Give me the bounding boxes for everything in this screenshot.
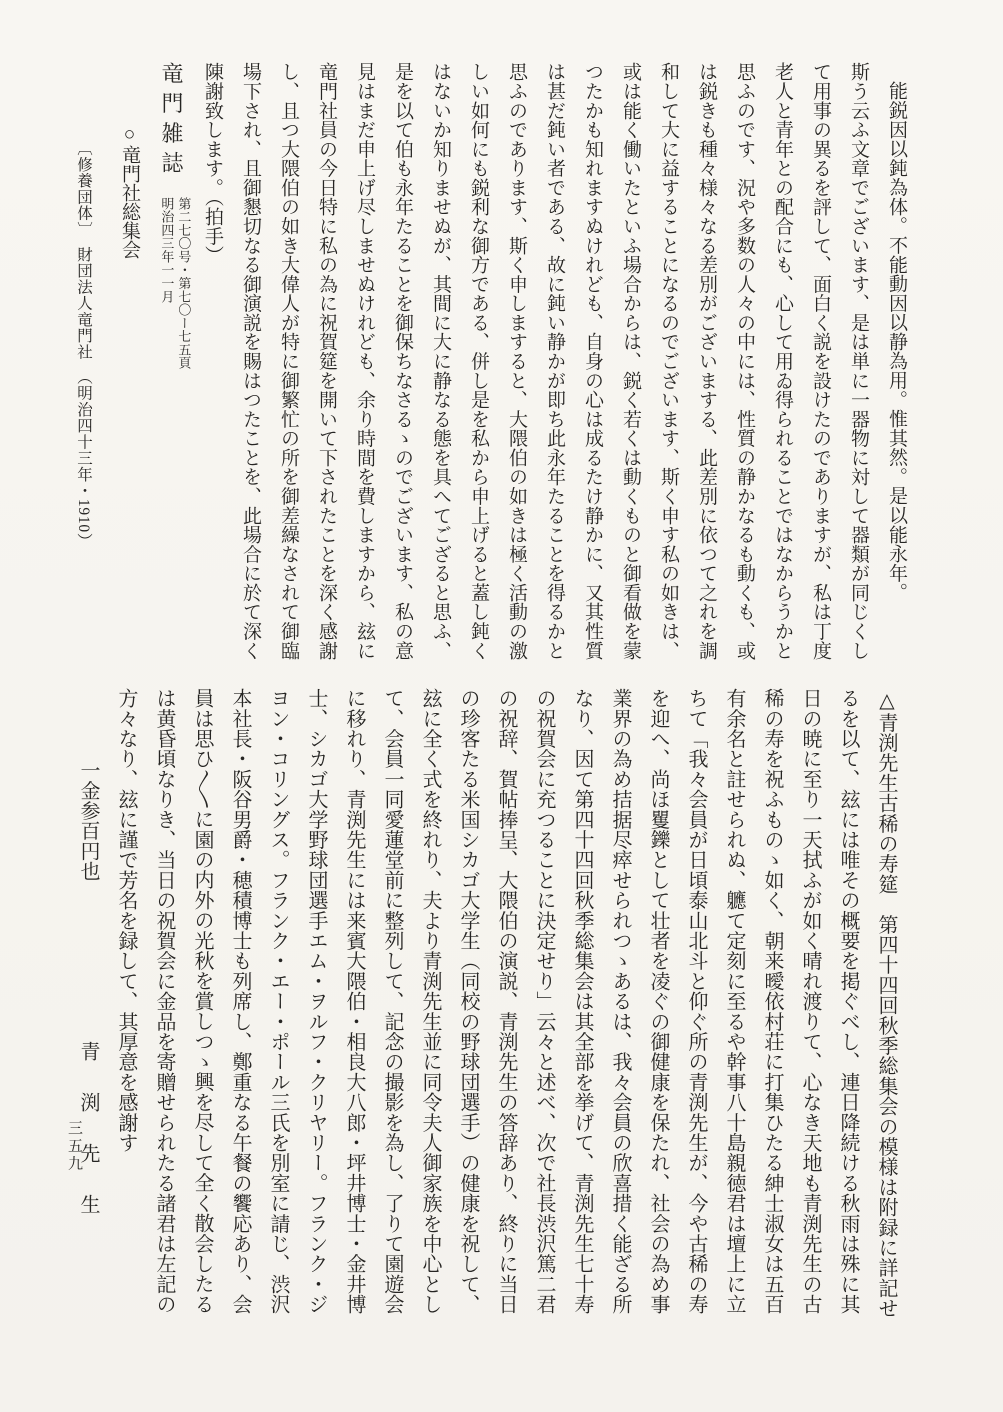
- speech-line: し、且つ大隈伯の如き大偉人が特に御繁忙の所を御差繰なされて御臨: [269, 62, 307, 680]
- document-page: 能鋭因以鈍為体。不能動因以静為用。惟其然。是以能永年。 斯う云ふ文章でございます…: [0, 0, 1003, 1412]
- speech-line: は鋭きも種々様々なる差別がございまする、此差別に依つて之れを調: [687, 62, 725, 680]
- issue-annotation: 第二七〇号・第七〇ー七五頁明治四三年一一月: [158, 197, 192, 369]
- report-line: ちて「我々会員が日頃泰山北斗と仰ぐ所の青渕先生が、今や古稀の寿: [677, 688, 715, 1348]
- speech-line: はないか知りませぬが、其間に大に静なる態を具へてござると思ふ、: [421, 62, 459, 680]
- donation-amount: 一金参百円也: [77, 760, 99, 881]
- publisher-info: 〔修養団体〕 財団法人竜門社 （明治四十三年・1910）: [58, 62, 108, 682]
- page-number: 三五九: [64, 1120, 85, 1173]
- journal-title-column: 竜門雑誌第二七〇号・第七〇ー七五頁明治四三年一一月: [150, 62, 192, 682]
- report-line: 員は思ひ〳〵に園の内外の光秋を賞しつゝ興を尽して全く散会したる: [183, 688, 221, 1348]
- report-line: の祝辞、賀帖捧呈、大隈伯の演説、青渕先生の答辞あり、終りに当日: [487, 688, 525, 1348]
- speech-line: 見はまだ申上げ尽しませぬけれども、余り時間を費しますから、玆に: [345, 62, 383, 680]
- report-line: 稀の寿を祝ふものゝ如く、朝来曖依村荘に打集ひたる紳士淑女は五百: [753, 688, 791, 1348]
- speech-line: 陳謝致します。（拍手）: [193, 62, 231, 680]
- speech-line: 或は能く働いたといふ場合からは、鋭く若くは動くものと御看做を蒙: [611, 62, 649, 680]
- publication-date: 明治四三年一一月: [158, 197, 175, 369]
- speech-line: は甚だ鈍い者である、故に鈍い静かが即ち此永年たることを得るかと: [535, 62, 573, 680]
- speech-line: しい如何にも鋭利な御方である、併し是を私から申上げると蓋し鈍く: [459, 62, 497, 680]
- report-line: 有余名と註せられぬ、軈て定刻に至るや幹事八十島親徳君は壇上に立: [715, 688, 753, 1348]
- speech-line: 斯う云ふ文章でございます、是は単に一器物に対して器類が同じくし: [839, 62, 877, 680]
- report-line: 方々なり、玆に謹で芳名を録して、其厚意を感謝す: [107, 688, 145, 1348]
- report-line: に移れり、青渕先生には来賓大隈伯・相良大八郎・坪井博士・金井博: [335, 688, 373, 1348]
- speech-line: 思ふのです、況や多数の人々の中には、性質の静かなるも動くも、或: [725, 62, 763, 680]
- speech-line: 能鋭因以鈍為体。不能動因以静為用。惟其然。是以能永年。: [877, 62, 915, 680]
- report-line: を迎へ、尚ほ矍鑠として壮者を凌ぐの御健康を保たれ、社会の為め事: [639, 688, 677, 1348]
- speech-line: 場下され、且御懇切なる御演説を賜はつたことを、此場合に於て深く: [231, 62, 269, 680]
- speech-line: 是を以て伯も永年たることを御保ちなさるゝのでございます、私の意: [383, 62, 421, 680]
- report-section: △青渕先生古稀の寿筵 第四十四回秋季総集会の模様は附録に詳記せ るを以て、玆には…: [69, 688, 905, 1348]
- report-line: て、会員一同愛蓮堂前に整列して、記念の撮影を為し、了りて園遊会: [373, 688, 411, 1348]
- report-line: ヨン・コリングス。フランク・エー・ポール三氏を別室に請じ、渋沢: [259, 688, 297, 1348]
- citation-block: 竜門雑誌第二七〇号・第七〇ー七五頁明治四三年一一月 ○竜門社総集会 〔修養団体〕…: [58, 62, 192, 682]
- speech-line: 和して大に益することになるのでございます、斯く申す私の如きは、: [649, 62, 687, 680]
- donation-column: 一金参百円也青渕先生: [69, 688, 107, 1348]
- section-heading: ○竜門社総集会: [108, 62, 150, 682]
- report-line: なり、因て第四十四回秋季総集会は其全部を挙げて、青渕先生七十寿: [563, 688, 601, 1348]
- report-line: △青渕先生古稀の寿筵 第四十四回秋季総集会の模様は附録に詳記せ: [867, 688, 905, 1348]
- report-line: 業界の為め拮据尽瘁せられつゝあるは、我々会員の欣喜措く能ざる所: [601, 688, 639, 1348]
- report-line: の珍客たる米国シカゴ大学生（同校の野球団選手）の健康を祝して、: [449, 688, 487, 1348]
- speech-section: 能鋭因以鈍為体。不能動因以静為用。惟其然。是以能永年。 斯う云ふ文章でございます…: [193, 62, 915, 680]
- journal-title: 竜門雑誌: [159, 62, 184, 181]
- issue-info: 第二七〇号・第七〇ー七五頁: [175, 197, 192, 369]
- report-line: 本社長・阪谷男爵・穂積博士も列席し、鄭重なる午餐の饗応あり、会: [221, 688, 259, 1348]
- report-line: の祝賀会に充つることに決定せり」云々と述べ、次で社長渋沢篤二君: [525, 688, 563, 1348]
- speech-line: て用事の異るを評して、面白く説を設けたのでありますが、私は丁度: [801, 62, 839, 680]
- report-line: 日の暁に至り一天拭ふが如く晴れ渡りて、心なき天地も青渕先生の古: [791, 688, 829, 1348]
- speech-line: つたかも知れますぬけれども、自身の心は成るたけ静かに、又其性質: [573, 62, 611, 680]
- report-line: 玆に全く式を終れり、夫より青渕先生並に同令夫人御家族を中心とし: [411, 688, 449, 1348]
- report-line: は黄昏頃なりき、当日の祝賀会に金品を寄贈せられたる諸君は左記の: [145, 688, 183, 1348]
- speech-line: 思ふのであります、斯く申しますると、大隈伯の如きは極く活動の激: [497, 62, 535, 680]
- speech-line: 竜門社員の今日特に私の為に祝賀筵を開いて下されたことを深く感謝: [307, 62, 345, 680]
- report-line: るを以て、玆には唯その概要を掲ぐべし、連日降続ける秋雨は殊に其: [829, 688, 867, 1348]
- speech-line: 老人と青年との配合にも、心して用ゐ得られることではなからうかと: [763, 62, 801, 680]
- report-line: 士、シカゴ大学野球団選手エム・ヲルフ・クリヤリー。フランク・ジ: [297, 688, 335, 1348]
